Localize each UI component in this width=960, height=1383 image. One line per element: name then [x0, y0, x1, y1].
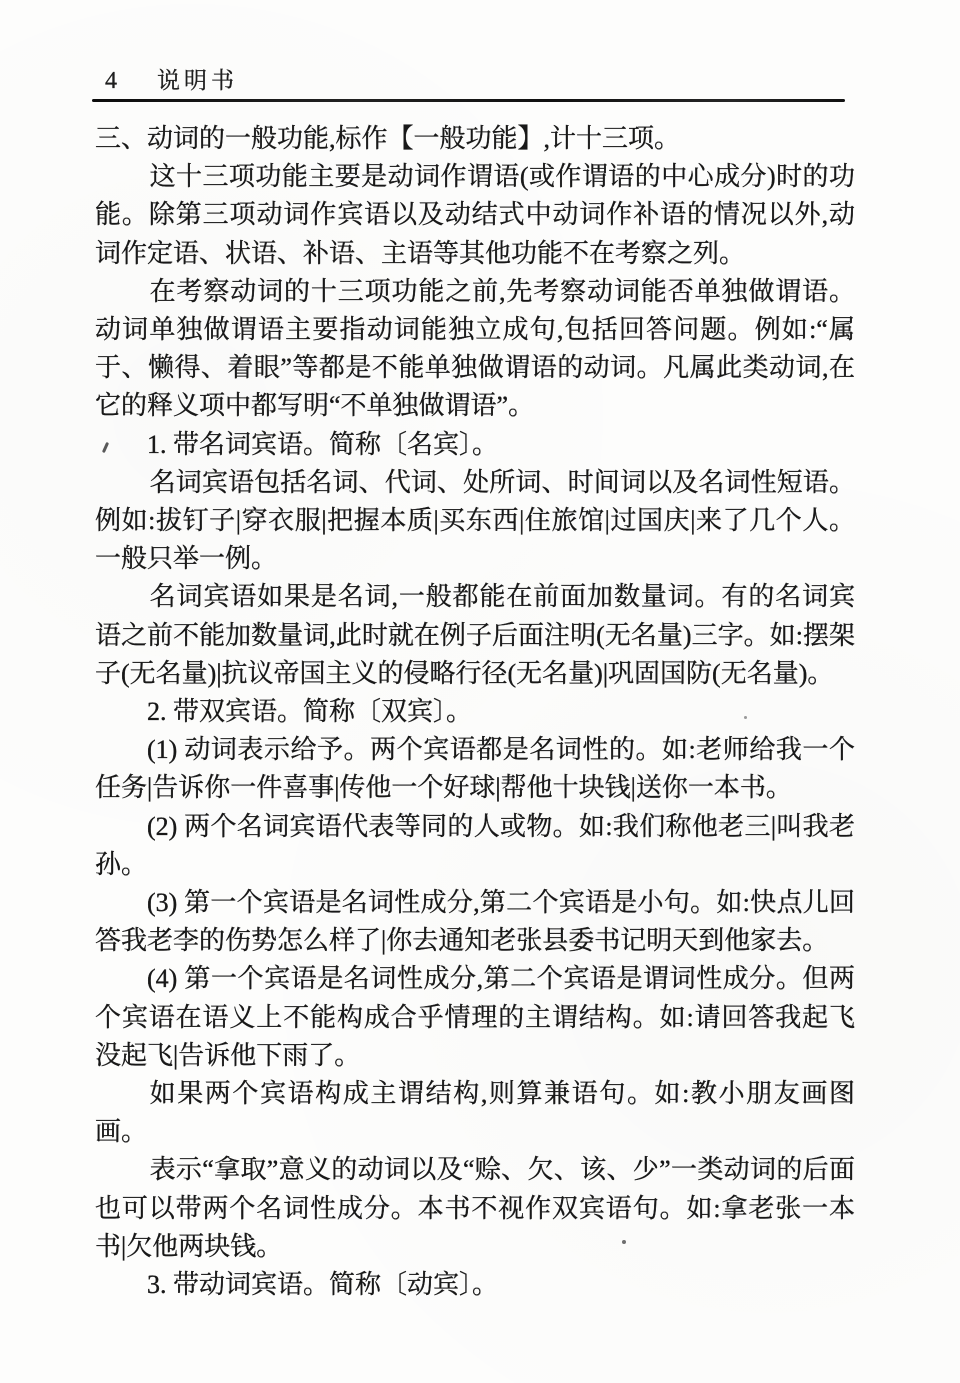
page-number: 4 [105, 68, 117, 95]
section-heading-3: 三、动词的一般功能,标作【一般功能】,计十三项。 [95, 120, 855, 158]
paragraph-noun-object-types: 名词宾语包括名词、代词、处所词、时间词以及名词性短语。例如:拔钉子|穿衣服|把握… [95, 464, 855, 579]
item-3-verb-object: 3. 带动词宾语。简称〔动宾〕。 [95, 1266, 855, 1304]
header-title: 说明书 [157, 68, 238, 93]
header-rule [92, 99, 845, 102]
sub-item-3-clause-object: (3) 第一个宾语是名词性成分,第二个宾语是小句。如:快点儿回答我老李的伤势怎么… [95, 884, 855, 960]
item-2-double-object: 2. 带双宾语。简称〔双宾〕。 [95, 693, 855, 731]
sub-item-1-giving: (1) 动词表示给予。两个宾语都是名词性的。如:老师给我一个任务|告诉你一件喜事… [95, 731, 855, 807]
paragraph-measure-word-note: 名词宾语如果是名词,一般都能在前面加数量词。有的名词宾语之前不能加数量词,此时就… [95, 578, 855, 693]
sub-item-4-predicate-object: (4) 第一个宾语是名词性成分,第二个宾语是谓词性成分。但两个宾语在语义上不能构… [95, 960, 855, 1075]
scanned-book-page: 4说明书 三、动词的一般功能,标作【一般功能】,计十三项。 这十三项功能主要是动… [0, 0, 960, 1383]
paragraph-pivotal-sentence: 如果两个宾语构成主谓结构,则算兼语句。如:教小朋友画图画。 [95, 1075, 855, 1151]
item-1-noun-object: 1. 带名词宾语。简称〔名宾〕。 [95, 426, 855, 464]
paragraph-take-verbs: 表示“拿取”意义的动词以及“赊、欠、该、少”一类动词的后面也可以带两个名词性成分… [95, 1151, 855, 1266]
paragraph-predicate-check: 在考察动词的十三项功能之前,先考察动词能否单独做谓语。动词单独做谓语主要指动词能… [95, 273, 855, 426]
running-head: 4说明书 [105, 62, 238, 95]
paragraph-functions-overview: 这十三项功能主要是动词作谓语(或作谓语的中心成分)时的功能。除第三项动词作宾语以… [95, 158, 855, 273]
page-body: 三、动词的一般功能,标作【一般功能】,计十三项。 这十三项功能主要是动词作谓语(… [95, 120, 855, 1304]
sub-item-2-equivalence: (2) 两个名词宾语代表等同的人或物。如:我们称他老三|叫我老孙。 [95, 808, 855, 884]
